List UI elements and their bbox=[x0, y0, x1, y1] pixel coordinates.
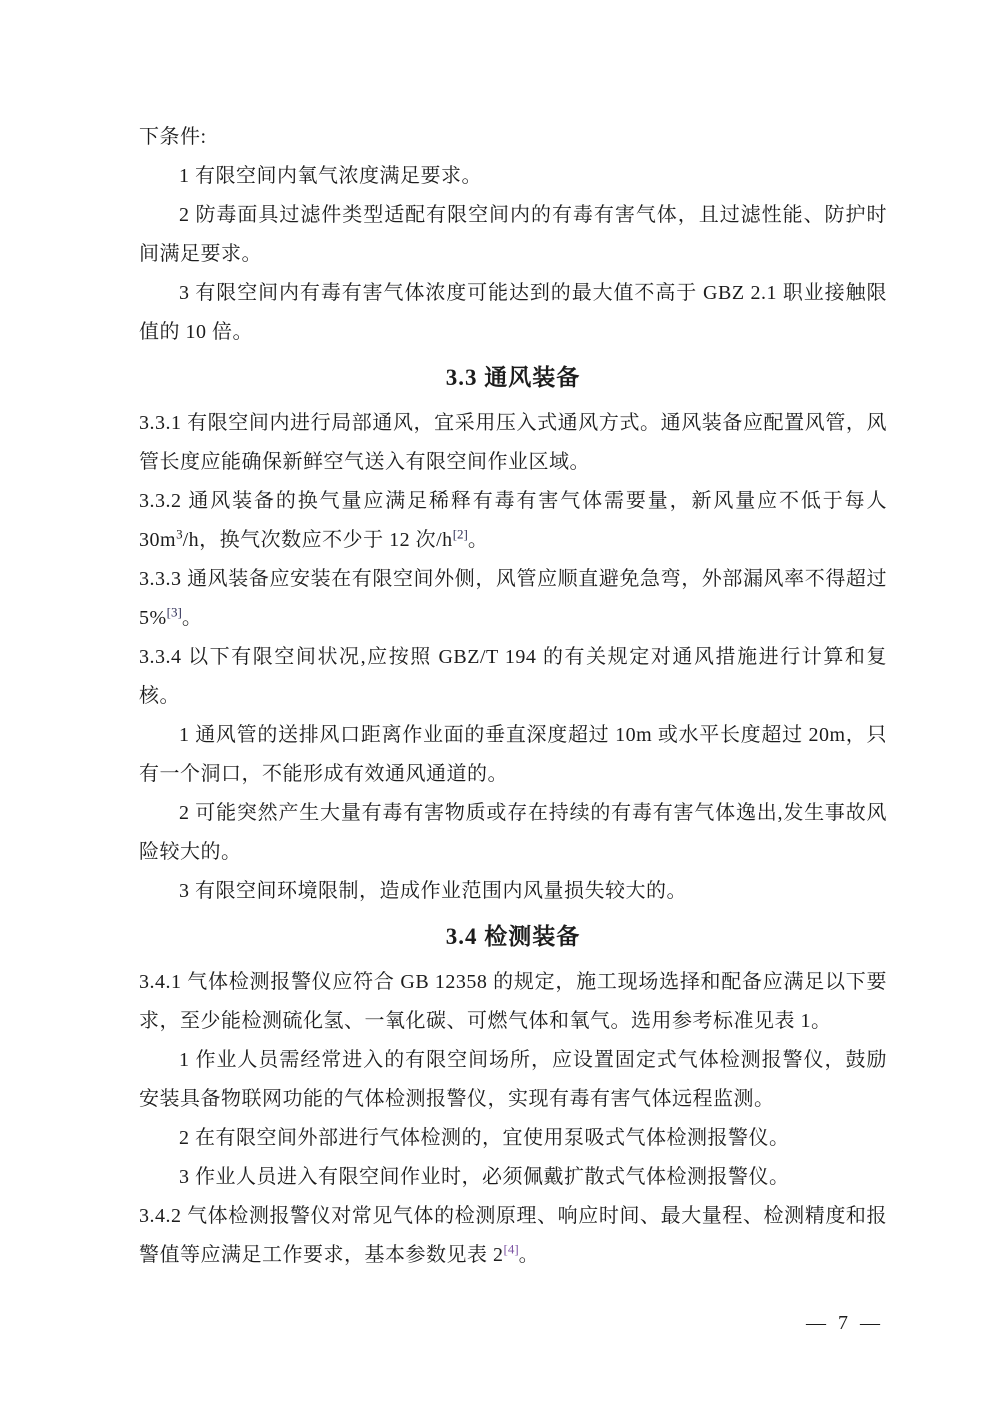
document-page: 下条件:1 有限空间内氧气浓度满足要求。2 防毒面具过滤件类型适配有限空间内的有… bbox=[0, 0, 1000, 1414]
text-run: 3 作业人员进入有限空间作业时，必须佩戴扩散式气体检测报警仪。 bbox=[179, 1166, 790, 1188]
detection-requirement-3: 3 作业人员进入有限空间作业时，必须佩戴扩散式气体检测报警仪。 bbox=[139, 1158, 887, 1197]
text-run: 3.3.3 通风装备应安装在有限空间外侧，风管应顺直避免急弯，外部漏风率不得超过… bbox=[139, 568, 887, 629]
intro-continuation: 下条件: bbox=[139, 118, 887, 157]
detection-requirement-1: 1 作业人员需经常进入的有限空间场所，应设置固定式气体检测报警仪，鼓励安装具备物… bbox=[139, 1041, 887, 1119]
document-content: 下条件:1 有限空间内氧气浓度满足要求。2 防毒面具过滤件类型适配有限空间内的有… bbox=[139, 118, 887, 1275]
reference-link[interactable]: [4] bbox=[504, 1241, 519, 1256]
text-run: 3.3.4 以下有限空间状况,应按照 GBZ/T 194 的有关规定对通风措施进… bbox=[139, 646, 887, 707]
text-run: 3.3.1 有限空间内进行局部通风，宜采用压入式通风方式。通风装备应配置风管，风… bbox=[139, 412, 887, 473]
text-run: 3.4.2 气体检测报警仪对常见气体的检测原理、响应时间、最大量程、检测精度和报… bbox=[139, 1205, 887, 1266]
section-3-4-heading: 3.4 检测装备 bbox=[139, 917, 887, 957]
clause-3-4-2: 3.4.2 气体检测报警仪对常见气体的检测原理、响应时间、最大量程、检测精度和报… bbox=[139, 1197, 887, 1275]
text-run: 2 防毒面具过滤件类型适配有限空间内的有毒有害气体，且过滤性能、防护时间满足要求… bbox=[139, 204, 887, 265]
text-run: 1 作业人员需经常进入的有限空间场所，应设置固定式气体检测报警仪，鼓励安装具备物… bbox=[139, 1049, 887, 1110]
condition-2: 2 防毒面具过滤件类型适配有限空间内的有毒有害气体，且过滤性能、防护时间满足要求… bbox=[139, 196, 887, 274]
text-run: 2 可能突然产生大量有毒有害物质或存在持续的有毒有害气体逸出,发生事故风险较大的… bbox=[139, 802, 887, 863]
clause-3-3-2: 3.3.2 通风装备的换气量应满足稀释有毒有害气体需要量，新风量应不低于每人30… bbox=[139, 482, 887, 560]
reference-link[interactable]: [3] bbox=[167, 604, 182, 619]
footer-dash-right: — bbox=[860, 1312, 880, 1334]
clause-3-3-4: 3.3.4 以下有限空间状况,应按照 GBZ/T 194 的有关规定对通风措施进… bbox=[139, 638, 887, 716]
page-number: 7 bbox=[838, 1308, 848, 1338]
footer-dash-left: — bbox=[806, 1312, 826, 1334]
text-run: 3.4.1 气体检测报警仪应符合 GB 12358 的规定，施工现场选择和配备应… bbox=[139, 971, 887, 1032]
text-run: 1 通风管的送排风口距离作业面的垂直深度超过 10m 或水平长度超过 20m，只… bbox=[139, 724, 887, 785]
text-run: 1 有限空间内氧气浓度满足要求。 bbox=[179, 165, 482, 187]
section-3-3-heading: 3.3 通风装备 bbox=[139, 358, 887, 398]
ventilation-situation-3: 3 有限空间环境限制，造成作业范围内风量损失较大的。 bbox=[139, 872, 887, 911]
detection-requirement-2: 2 在有限空间外部进行气体检测的，宜使用泵吸式气体检测报警仪。 bbox=[139, 1119, 887, 1158]
reference-link[interactable]: [2] bbox=[453, 526, 468, 541]
text-run: 3 有限空间环境限制，造成作业范围内风量损失较大的。 bbox=[179, 880, 687, 902]
clause-3-3-1: 3.3.1 有限空间内进行局部通风，宜采用压入式通风方式。通风装备应配置风管，风… bbox=[139, 404, 887, 482]
text-run: 3.4 检测装备 bbox=[446, 924, 581, 949]
text-run: /h，换气次数应不少于 12 次/h bbox=[183, 529, 453, 551]
text-run: 。 bbox=[468, 529, 489, 551]
clause-3-4-1: 3.4.1 气体检测报警仪应符合 GB 12358 的规定，施工现场选择和配备应… bbox=[139, 963, 887, 1041]
text-run: 。 bbox=[519, 1244, 540, 1266]
clause-3-3-3: 3.3.3 通风装备应安装在有限空间外侧，风管应顺直避免急弯，外部漏风率不得超过… bbox=[139, 560, 887, 638]
condition-1: 1 有限空间内氧气浓度满足要求。 bbox=[139, 157, 887, 196]
text-run: 3.3 通风装备 bbox=[446, 365, 581, 390]
ventilation-situation-1: 1 通风管的送排风口距离作业面的垂直深度超过 10m 或水平长度超过 20m，只… bbox=[139, 716, 887, 794]
text-run: 2 在有限空间外部进行气体检测的，宜使用泵吸式气体检测报警仪。 bbox=[179, 1127, 790, 1149]
page-footer: —7— bbox=[806, 1308, 880, 1338]
text-run: 。 bbox=[182, 607, 203, 629]
text-run: 3 有限空间内有毒有害气体浓度可能达到的最大值不高于 GBZ 2.1 职业接触限… bbox=[139, 282, 887, 343]
ventilation-situation-2: 2 可能突然产生大量有毒有害物质或存在持续的有毒有害气体逸出,发生事故风险较大的… bbox=[139, 794, 887, 872]
condition-3: 3 有限空间内有毒有害气体浓度可能达到的最大值不高于 GBZ 2.1 职业接触限… bbox=[139, 274, 887, 352]
text-run: 下条件: bbox=[139, 126, 207, 148]
